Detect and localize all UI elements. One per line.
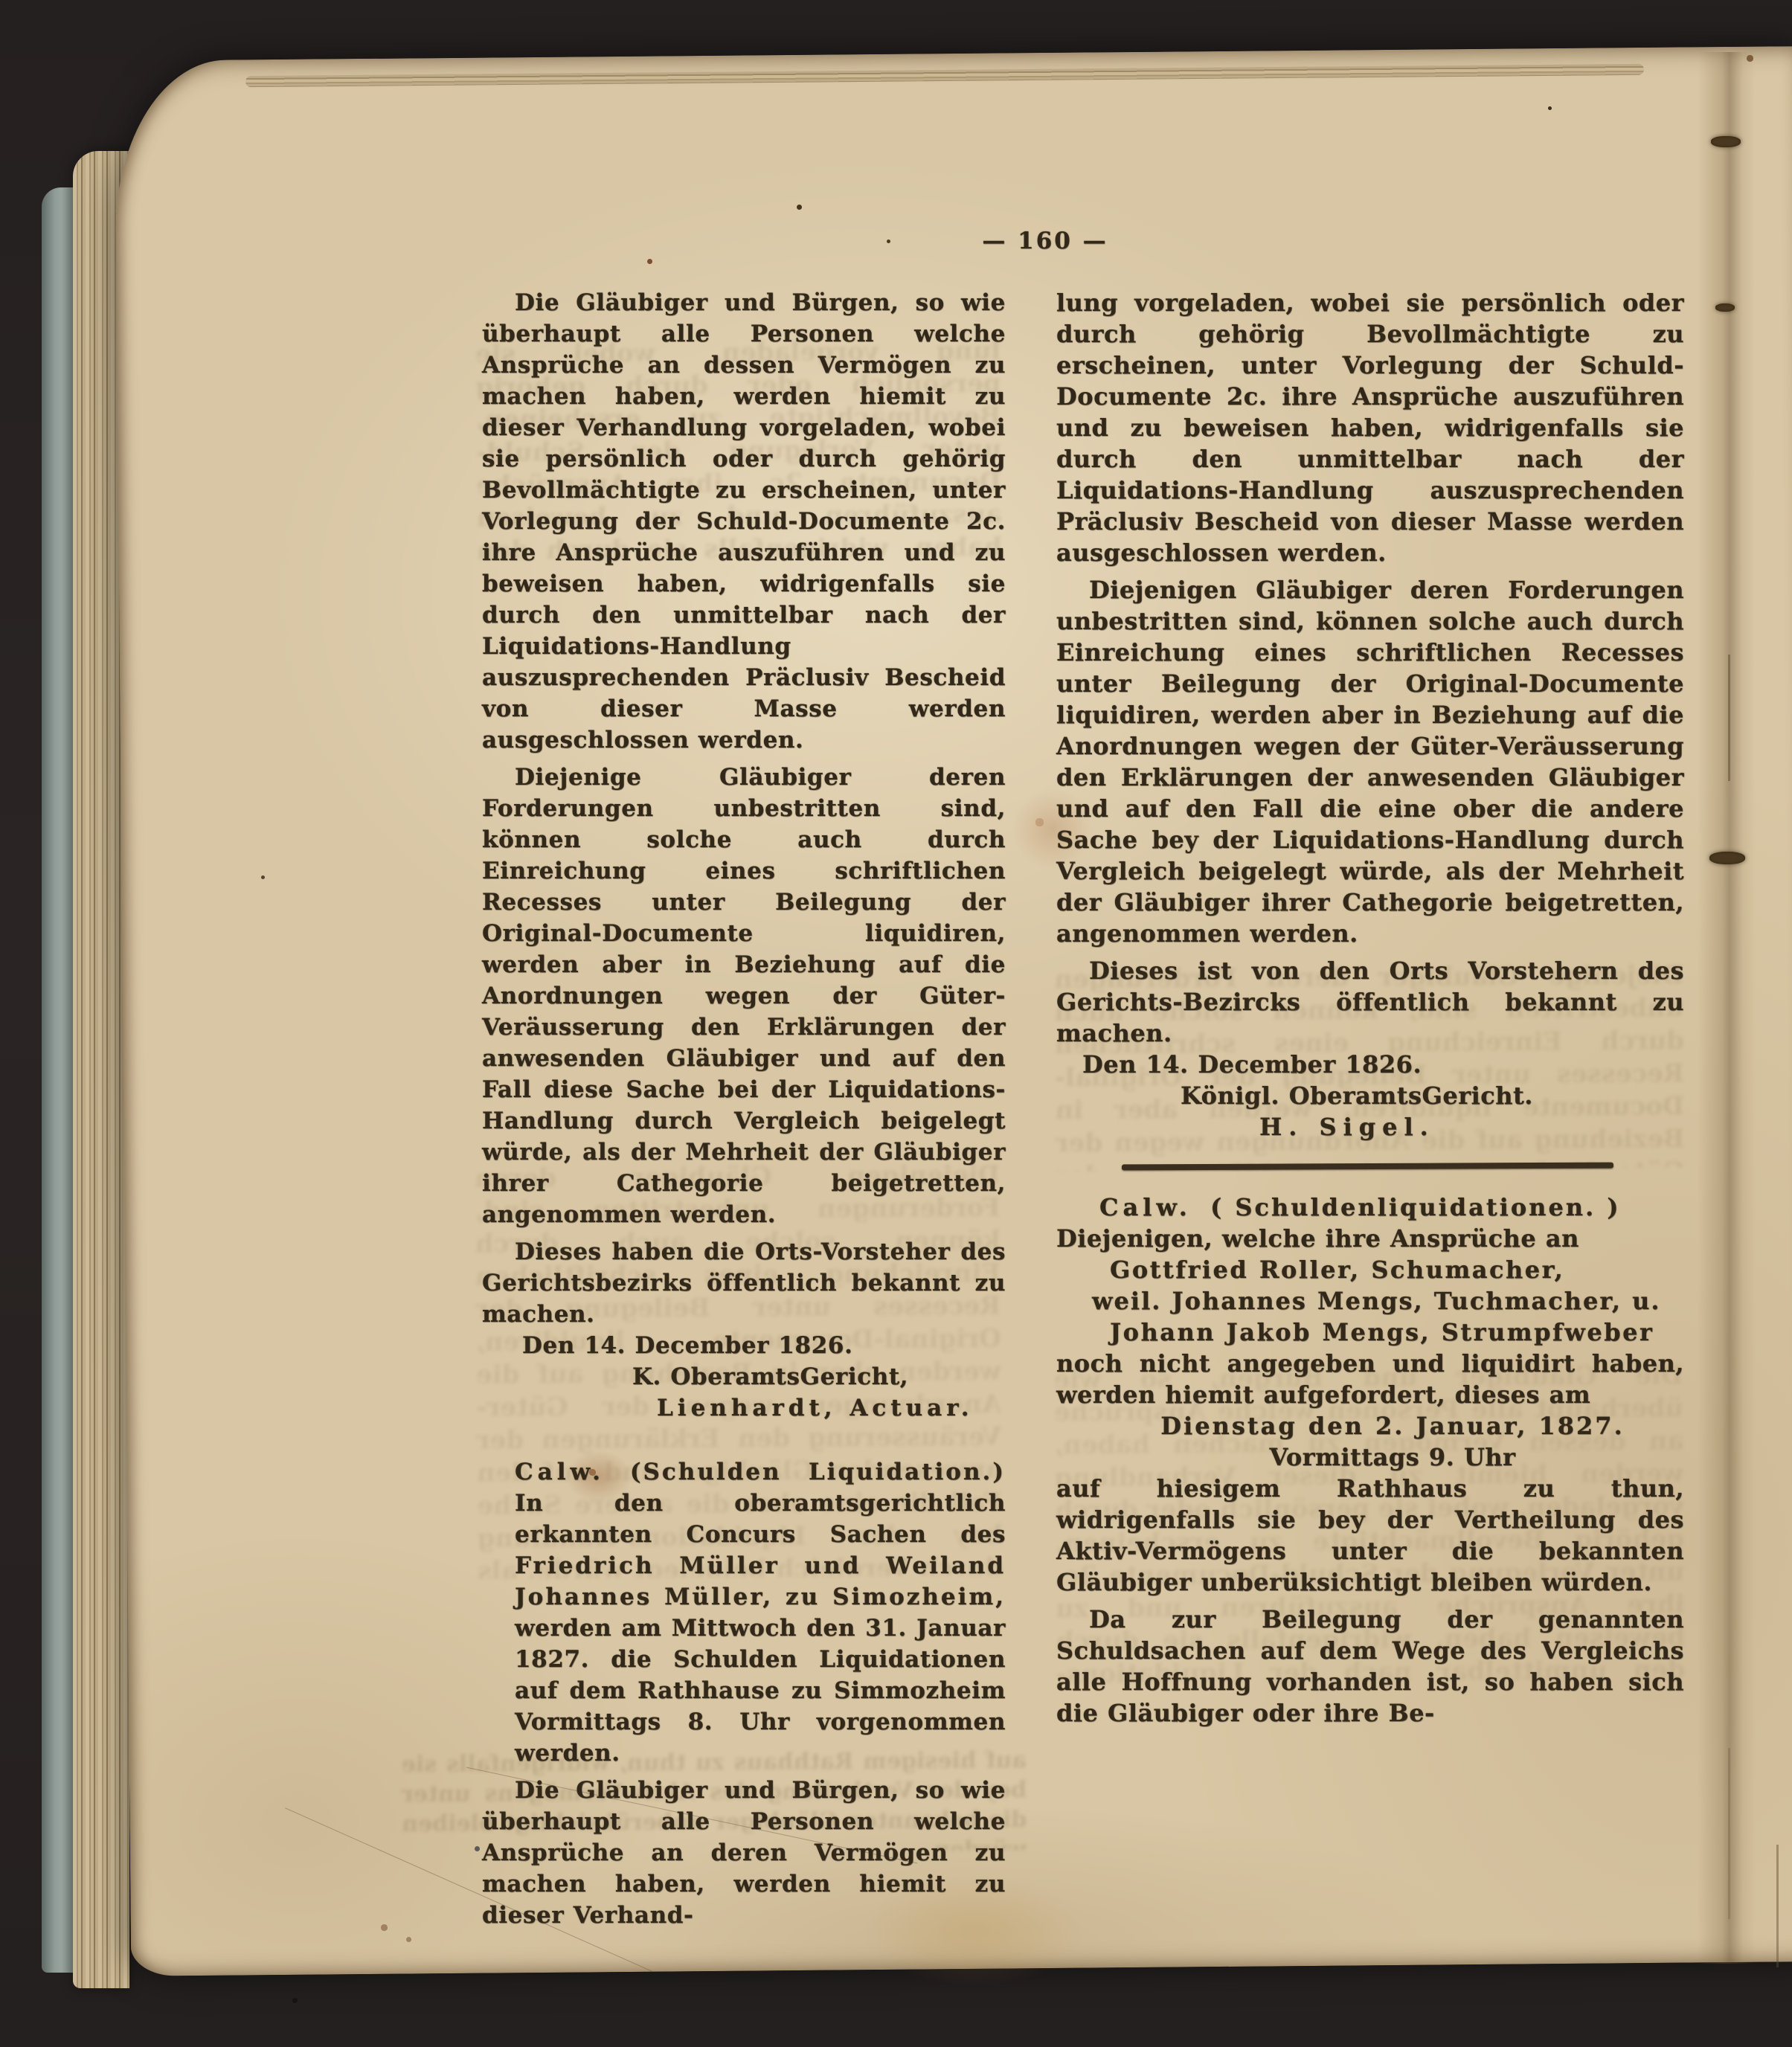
debtor-name-line: Gottfried Roller, Schumacher, xyxy=(1056,1254,1684,1285)
book-cover-edge xyxy=(42,187,77,1973)
paragraph-creditors-summons-2: Die Gläubiger und Bürgen, so wie überhau… xyxy=(482,1775,1006,1931)
dust-specks xyxy=(0,0,2,2)
binding-stitch-hole xyxy=(1711,136,1741,147)
debtor-names: Friedrich Müller und Weiland Johannes Mü… xyxy=(515,1552,1006,1610)
notice-heading: (Schulden Liquidation.) xyxy=(630,1459,1006,1485)
paragraph-public-announcement: Dieses ist von den Orts Vorstehern des G… xyxy=(1056,955,1684,1049)
date-line: Den 14. December 1826. xyxy=(482,1330,1006,1361)
signature-line: H. Sigel. xyxy=(1056,1111,1684,1143)
notice-heading: ( Schuldenliquidationen. ) xyxy=(1210,1193,1620,1221)
next-page-edge xyxy=(1776,1845,1779,1967)
notice-intro-line: Diejenigen, welche ihre Ansprüche an xyxy=(1056,1223,1684,1254)
page-number: — 160 — xyxy=(934,228,1157,254)
right-column: lung vorgeladen, wobei sie persönlich od… xyxy=(1056,287,1684,1729)
court-name-line: K. OberamtsGericht, xyxy=(482,1361,1006,1392)
notice-place: Calw. xyxy=(1099,1193,1192,1221)
hearing-date-line: Dienstag den 2. Januar, 1827. xyxy=(1056,1410,1684,1442)
notice-body: werden am Mittwoch den 31. Januar 1827. … xyxy=(515,1615,1006,1767)
date-line: Den 14. December 1826. xyxy=(1056,1049,1684,1080)
gutter-crease-line xyxy=(1728,1748,1730,1919)
left-column: Die Gläubiger und Bürgen, so wie überhau… xyxy=(482,287,1006,1931)
section-divider-rule xyxy=(1122,1163,1613,1171)
paragraph-continuation: lung vorgeladen, wobei sie persönlich od… xyxy=(1056,287,1684,568)
notice-place: Calw. xyxy=(515,1459,605,1485)
court-name-line: Königl. OberamtsGericht. xyxy=(1056,1080,1684,1111)
debtor-name-line: Johann Jakob Mengs, Strumpfweber xyxy=(1056,1317,1684,1348)
binding-stitch-hole xyxy=(1715,303,1735,312)
paragraph-creditors-summons: Die Gläubiger und Bürgen, so wie überhau… xyxy=(482,287,1006,756)
paragraph-undisputed-claims: Diejenigen Gläubiger deren Forderungen u… xyxy=(1056,574,1684,949)
paragraph-public-announcement: Dieses haben die Orts-Vorsteher des Geri… xyxy=(482,1236,1006,1330)
notice-warning-paragraph: auf hiesigem Rathhaus zu thun, widrigenf… xyxy=(1056,1473,1684,1598)
paragraph-settlement-hope: Da zur Beilegung der genannten Schuldsac… xyxy=(1056,1604,1684,1729)
notice-intro: In den oberamtsgerichtlich erkannten Con… xyxy=(515,1490,1006,1548)
scanned-book-photograph: lung vorgeladen, wobei sie persönlich od… xyxy=(0,0,1792,2047)
notice-calw-schuldenliquidationen: Calw. ( Schuldenliquidationen. ) xyxy=(1056,1192,1684,1223)
binding-stitch-hole xyxy=(1709,852,1745,864)
gutter-crease-line xyxy=(1728,655,1730,781)
hearing-time-line: Vormittags 9. Uhr xyxy=(1056,1442,1684,1473)
notice-calw-schulden-liquidation: Calw. (Schulden Liquidation.) In den obe… xyxy=(482,1456,1006,1769)
paragraph-undisputed-claims: Diejenige Gläubiger deren Forderungen un… xyxy=(482,762,1006,1230)
debtor-name-line: weil. Johannes Mengs, Tuchmacher, u. xyxy=(1056,1285,1684,1317)
signature-line: Lienhardt, Actuar. xyxy=(482,1392,1006,1424)
notice-body-line: noch nicht angegeben und liquidirt haben… xyxy=(1056,1348,1684,1410)
gutter-crease-shading xyxy=(1698,52,1756,1964)
